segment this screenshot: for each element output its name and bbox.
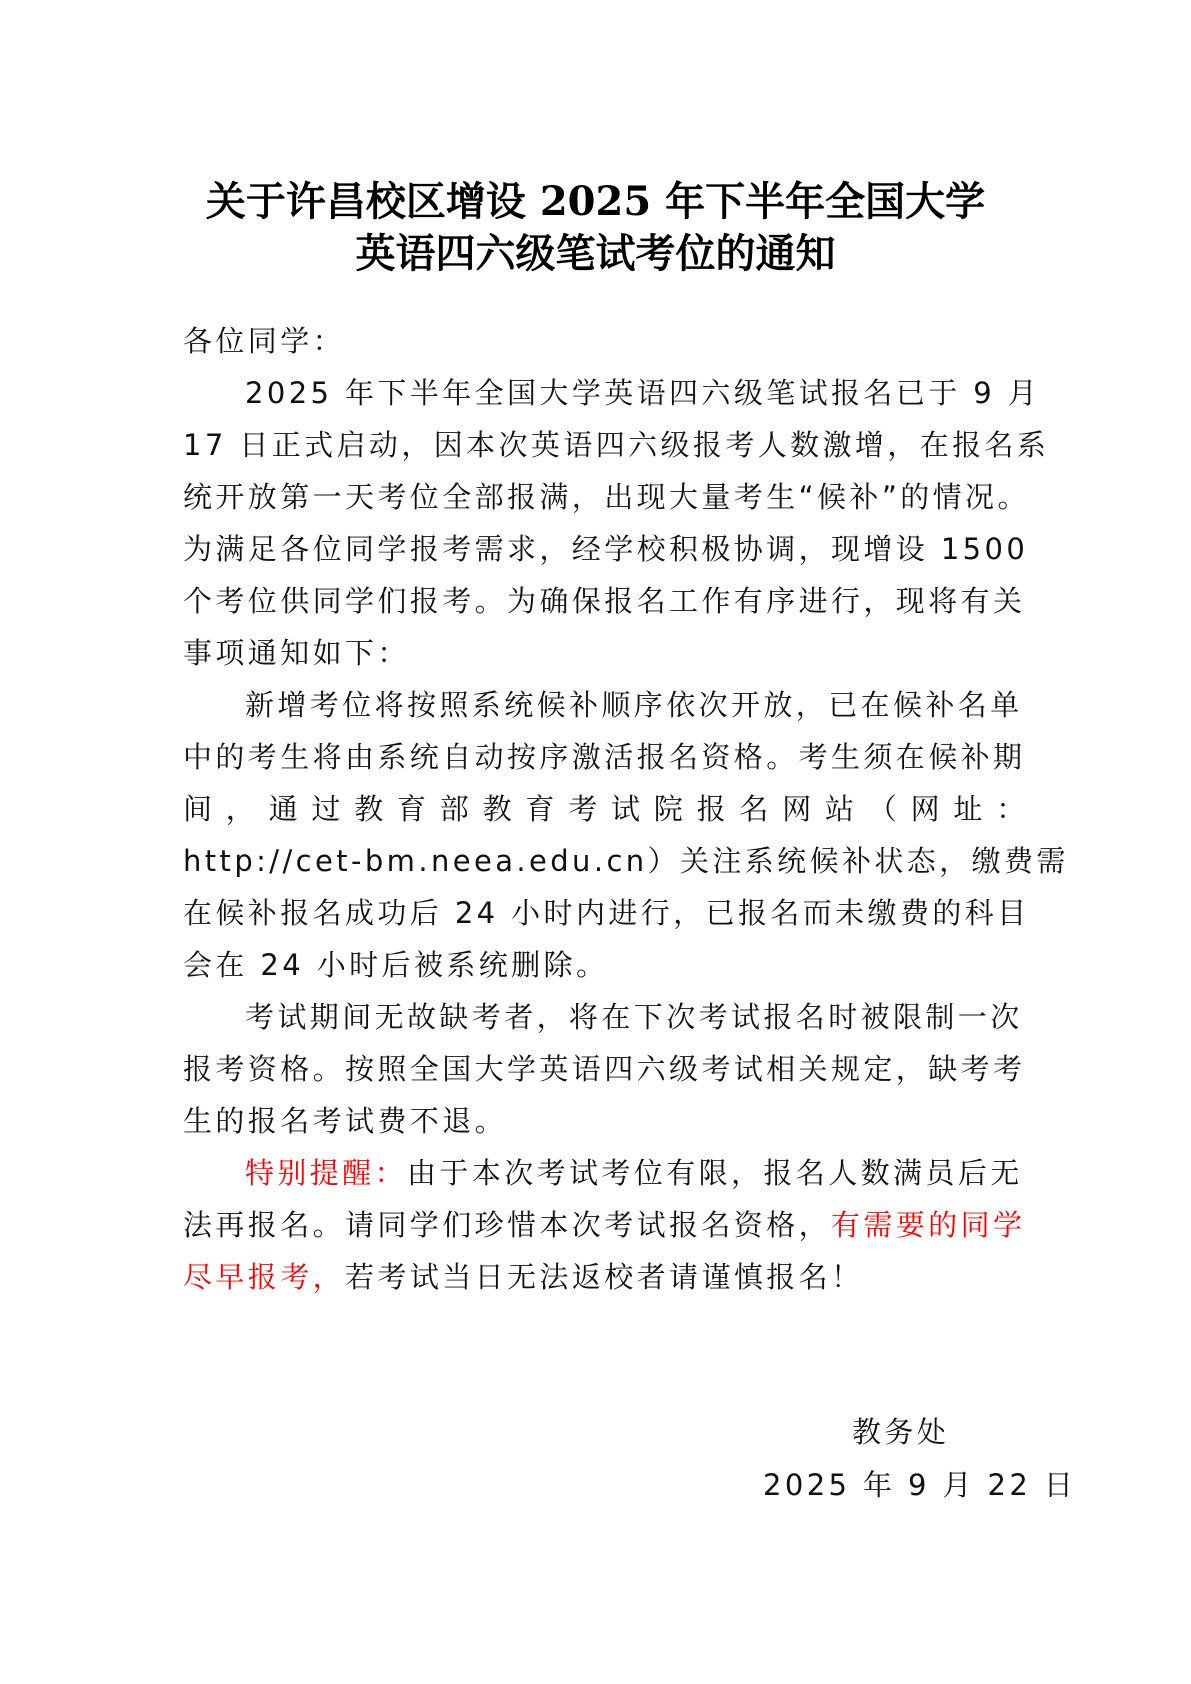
paragraph-announcement: 2025 年下半年全国大学英语四六级笔试报名已于 9 月 17 日正式启动，因本… (183, 367, 1009, 679)
paragraph-line: 新增考位将按照系统候补顺序依次开放，已在候补名单 (183, 679, 1009, 731)
paragraph-line: 为满足各位同学报考需求，经学校积极协调，现增设 1500 (183, 523, 1009, 575)
reminder-text: 法再报名。请同学们珍惜本次考试报名资格， (183, 1208, 831, 1242)
paragraph-line: 报考资格。按照全国大学英语四六级考试相关规定，缺考考 (183, 1043, 1009, 1095)
paragraph-line: 考试期间无故缺考者，将在下次考试报名时被限制一次 (183, 991, 1009, 1043)
paragraph-line: 会在 24 小时后被系统删除。 (183, 939, 1009, 991)
signature-date: 2025 年 9 月 22 日 (763, 1459, 1076, 1511)
title-line-2: 英语四六级笔试考位的通知 (0, 228, 1191, 280)
paragraph-absence-policy: 考试期间无故缺考者，将在下次考试报名时被限制一次 报考资格。按照全国大学英语四六… (183, 991, 1009, 1147)
paragraph-line: 生的报名考试费不退。 (183, 1095, 1009, 1147)
reminder-line-1: 特别提醒：由于本次考试考位有限，报名人数满员后无 (183, 1147, 1009, 1199)
document-title: 关于许昌校区增设 2025 年下半年全国大学 英语四六级笔试考位的通知 (0, 176, 1191, 280)
document-page: 关于许昌校区增设 2025 年下半年全国大学 英语四六级笔试考位的通知 各位同学… (0, 0, 1191, 1684)
paragraph-waitlist: 新增考位将按照系统候补顺序依次开放，已在候补名单 中的考生将由系统自动按序激活报… (183, 679, 1009, 991)
paragraph-line: 17 日正式启动，因本次英语四六级报考人数激增，在报名系 (183, 419, 1009, 471)
document-body: 各位同学： 2025 年下半年全国大学英语四六级笔试报名已于 9 月 17 日正… (183, 315, 1009, 1303)
paragraph-line: 统开放第一天考位全部报满，出现大量考生“候补”的情况。 (183, 471, 1009, 523)
reminder-highlight: 有需要的同学 (831, 1208, 1025, 1242)
reminder-line-2: 法再报名。请同学们珍惜本次考试报名资格，有需要的同学 (183, 1199, 1009, 1251)
paragraph-line-with-url: http://cet-bm.neea.edu.cn）关注系统候补状态，缴费需 (183, 835, 1009, 887)
paragraph-line: 事项通知如下： (183, 627, 1009, 679)
paragraph-line: 间，通过教育部教育考试院报名网站（网址： (183, 783, 1009, 835)
signature-department: 教务处 (852, 1406, 949, 1458)
paragraph-special-reminder: 特别提醒：由于本次考试考位有限，报名人数满员后无 法再报名。请同学们珍惜本次考试… (183, 1147, 1009, 1303)
paragraph-line: 2025 年下半年全国大学英语四六级笔试报名已于 9 月 (183, 367, 1009, 419)
reminder-label: 特别提醒： (245, 1156, 407, 1190)
reminder-line-3: 尽早报考，若考试当日无法返校者请谨慎报名！ (183, 1251, 1009, 1303)
paragraph-line: 在候补报名成功后 24 小时内进行，已报名而未缴费的科目 (183, 887, 1009, 939)
title-line-1: 关于许昌校区增设 2025 年下半年全国大学 (0, 176, 1191, 228)
reminder-highlight: 尽早报考， (183, 1260, 345, 1294)
reminder-text: 若考试当日无法返校者请谨慎报名！ (345, 1260, 863, 1294)
paragraph-line: 中的考生将由系统自动按序激活报名资格。考生须在候补期 (183, 731, 1009, 783)
salutation: 各位同学： (183, 315, 1009, 367)
paragraph-line: 个考位供同学们报考。为确保报名工作有序进行，现将有关 (183, 575, 1009, 627)
reminder-text: 由于本次考试考位有限，报名人数满员后无 (407, 1156, 1023, 1190)
